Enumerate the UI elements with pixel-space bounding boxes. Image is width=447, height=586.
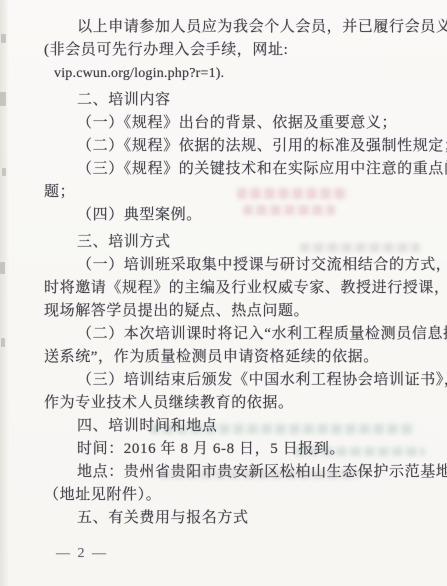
doc-line: （一）培训班采取集中授课与研讨交流相结合的方式，届	[44, 254, 431, 277]
doc-line: 时间：2016 年 8 月 6-8 日，5 日报到。	[44, 438, 431, 461]
page-number: — 2 —	[56, 546, 108, 562]
doc-line: 地点：贵州省贵阳市贵安新区松柏山生态保护示范基地	[44, 461, 431, 484]
doc-line-heading: 四、培训时间和地点	[44, 415, 431, 438]
doc-line: 以上申请参加人员应为我会个人会员，并已履行会员义务	[44, 16, 431, 39]
scanned-document-page: 以上申请参加人员应为我会个人会员，并已履行会员义务 (非会员可先行办理入会手续，…	[0, 0, 447, 586]
doc-line: (非会员可先行办理入会手续，网址:	[44, 39, 431, 62]
doc-line: （三）《规程》的关键技术和在实际应用中注意的重点问	[44, 158, 431, 181]
doc-line: 时将邀请《规程》的主编及行业权威专家、教授进行授课，并	[44, 277, 431, 300]
doc-line-heading: 三、培训方式	[44, 231, 431, 254]
doc-line-url: vip.cwun.org/login.php?r=1).	[44, 62, 431, 85]
doc-line: （四）典型案例。	[44, 204, 431, 227]
scan-speck	[1, 34, 6, 43]
scan-speck	[0, 262, 5, 274]
doc-line: （三）培训结束后颁发《中国水利工程协会培训证书》，	[44, 369, 431, 392]
scan-speck	[1, 338, 5, 347]
doc-line-heading: 五、有关费用与报名方式	[44, 507, 431, 530]
doc-line-heading: 二、培训内容	[44, 89, 431, 112]
doc-line: （二）本次培训课时将记入“水利工程质量检测员信息报	[44, 323, 431, 346]
scan-speck	[2, 168, 6, 176]
doc-line: 题；	[44, 181, 431, 204]
doc-line: （地址见附件）。	[44, 484, 431, 507]
scan-speck	[0, 92, 6, 106]
doc-line: 现场解答学员提出的疑点、热点问题。	[44, 300, 431, 323]
doc-line: 作为专业技术人员继续教育的依据。	[44, 392, 431, 415]
scan-edge-shadow	[0, 0, 9, 586]
doc-line: （二）《规程》依据的法规、引用的标准及强制性规定；	[44, 135, 431, 158]
document-body: 以上申请参加人员应为我会个人会员，并已履行会员义务 (非会员可先行办理入会手续，…	[44, 16, 431, 530]
doc-line: （一）《规程》出台的背景、依据及重要意义；	[44, 112, 431, 135]
doc-line: 送系统”，作为质量检测员申请资格延续的依据。	[44, 346, 431, 369]
